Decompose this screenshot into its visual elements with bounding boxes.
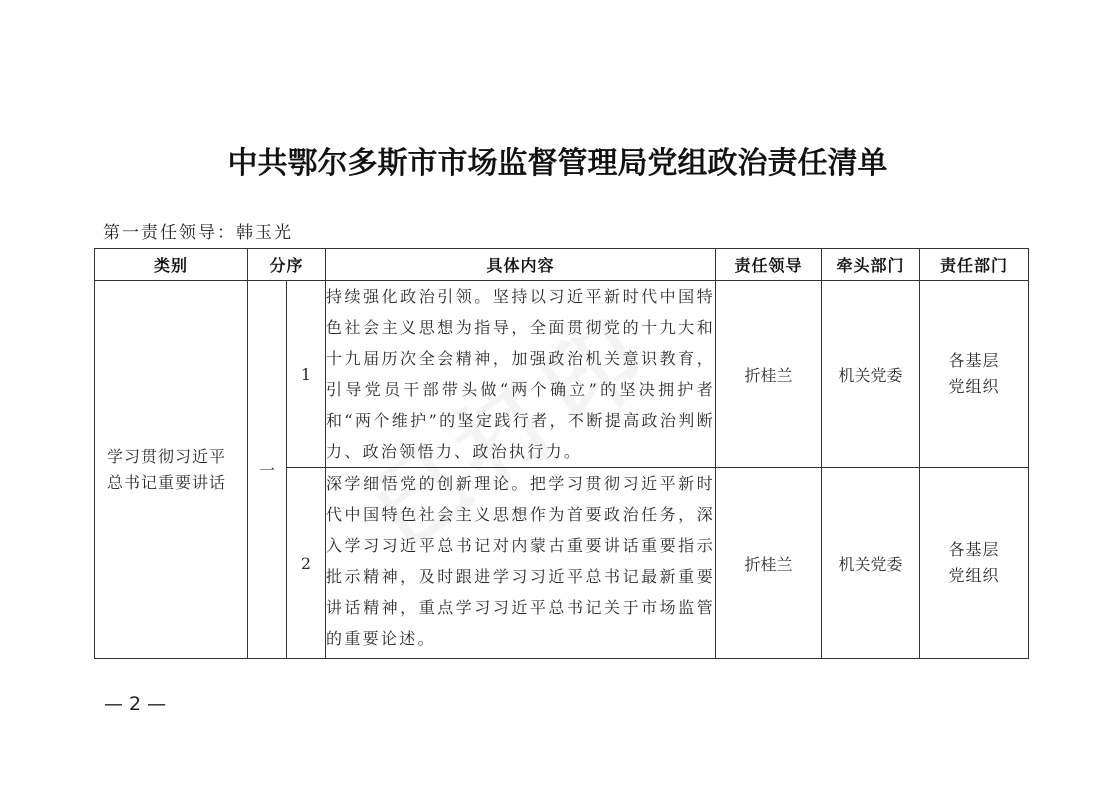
category-text: 学习贯彻习近平总书记重要讲话 (107, 444, 235, 496)
order-minor-cell: 2 (287, 468, 326, 659)
content-cell: 持续强化政治引领。坚持以习近平新时代中国特色社会主义思想为指导，全面贯彻党的十九… (326, 281, 716, 468)
header-order: 分序 (248, 249, 326, 281)
responsibility-table: 类别 分序 具体内容 责任领导 牵头部门 责任部门 学习贯彻习近平总书记重要讲话… (94, 248, 1029, 659)
first-responsible-leader: 第一责任领导：韩玉光 (103, 218, 293, 243)
table-row: 学习贯彻习近平总书记重要讲话 一 1 持续强化政治引领。坚持以习近平新时代中国特… (95, 281, 1029, 468)
responsible-leader-cell: 折桂兰 (716, 281, 822, 468)
document-title: 中共鄂尔多斯市市场监督管理局党组政治责任清单 (0, 138, 1115, 182)
lead-department-cell: 机关党委 (822, 468, 920, 659)
header-content: 具体内容 (326, 249, 716, 281)
table-header-row: 类别 分序 具体内容 责任领导 牵头部门 责任部门 (95, 249, 1029, 281)
responsible-leader-cell: 折桂兰 (716, 468, 822, 659)
responsible-department-cell: 各基层党组织 (920, 468, 1029, 659)
responsible-department-text: 各基层党组织 (947, 348, 1001, 400)
header-responsible-department: 责任部门 (920, 249, 1029, 281)
responsible-department-text: 各基层党组织 (947, 537, 1001, 589)
order-major-cell: 一 (248, 281, 287, 659)
order-minor-cell: 1 (287, 281, 326, 468)
header-category: 类别 (95, 249, 248, 281)
responsible-department-cell: 各基层党组织 (920, 281, 1029, 468)
header-responsible-leader: 责任领导 (716, 249, 822, 281)
page-number: — 2 — (104, 693, 166, 715)
content-cell: 深学细悟党的创新理论。把学习贯彻习近平新时代中国特色社会主义思想作为首要政治任务… (326, 468, 716, 659)
category-cell: 学习贯彻习近平总书记重要讲话 (95, 281, 248, 659)
header-lead-department: 牵头部门 (822, 249, 920, 281)
lead-department-cell: 机关党委 (822, 281, 920, 468)
